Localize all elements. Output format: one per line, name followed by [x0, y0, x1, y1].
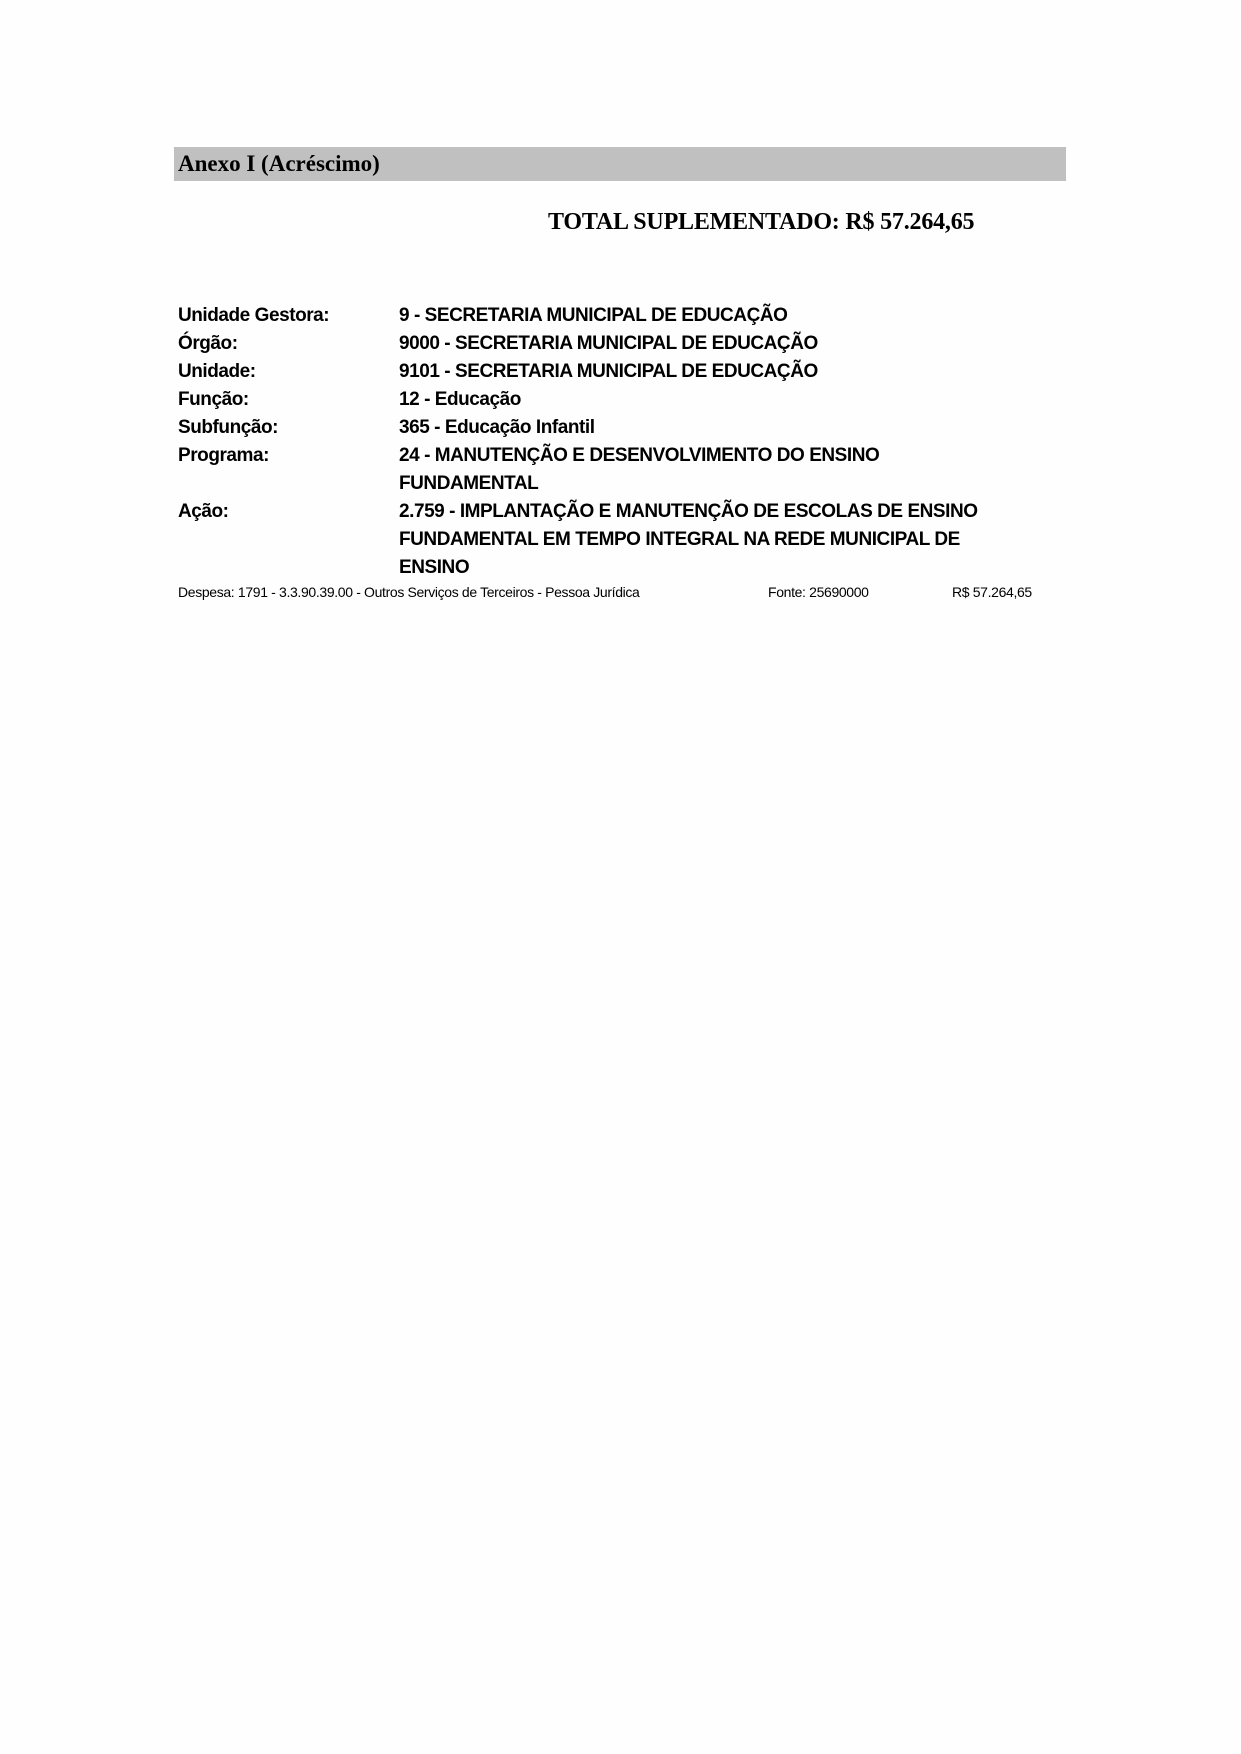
- info-value-line: 9000 - SECRETARIA MUNICIPAL DE EDUCAÇÃO: [399, 330, 1059, 358]
- info-label: Órgão:: [178, 330, 399, 358]
- expense-line: Despesa: 1791 - 3.3.90.39.00 - Outros Se…: [178, 582, 1068, 602]
- annex-title: Anexo I (Acréscimo): [178, 149, 380, 179]
- info-value: 9 - SECRETARIA MUNICIPAL DE EDUCAÇÃO: [399, 302, 1059, 330]
- info-value-line: ENSINO: [399, 554, 1059, 582]
- info-value-line: FUNDAMENTAL EM TEMPO INTEGRAL NA REDE MU…: [399, 526, 1059, 554]
- expense-description: Despesa: 1791 - 3.3.90.39.00 - Outros Se…: [178, 582, 640, 602]
- budget-info-table: Unidade Gestora: 9 - SECRETARIA MUNICIPA…: [178, 302, 1059, 582]
- info-value: 24 - MANUTENÇÃO E DESENVOLVIMENTO DO ENS…: [399, 442, 1059, 498]
- info-label: Subfunção:: [178, 414, 399, 442]
- info-row-subfuncao: Subfunção: 365 - Educação Infantil: [178, 414, 1059, 442]
- info-row-orgao: Órgão: 9000 - SECRETARIA MUNICIPAL DE ED…: [178, 330, 1059, 358]
- expense-amount: R$ 57.264,65: [952, 582, 1032, 602]
- info-label: Unidade:: [178, 358, 399, 386]
- info-value-line: 9 - SECRETARIA MUNICIPAL DE EDUCAÇÃO: [399, 302, 1059, 330]
- document-page: Anexo I (Acréscimo) TOTAL SUPLEMENTADO: …: [0, 0, 1241, 1754]
- info-value-line: 12 - Educação: [399, 386, 1059, 414]
- info-value: 365 - Educação Infantil: [399, 414, 1059, 442]
- info-value-line: 2.759 - IMPLANTAÇÃO E MANUTENÇÃO DE ESCO…: [399, 498, 1059, 526]
- info-value-line: FUNDAMENTAL: [399, 470, 1059, 498]
- info-row-funcao: Função: 12 - Educação: [178, 386, 1059, 414]
- info-row-unidade: Unidade: 9101 - SECRETARIA MUNICIPAL DE …: [178, 358, 1059, 386]
- info-label: Função:: [178, 386, 399, 414]
- info-value: 9101 - SECRETARIA MUNICIPAL DE EDUCAÇÃO: [399, 358, 1059, 386]
- info-value: 2.759 - IMPLANTAÇÃO E MANUTENÇÃO DE ESCO…: [399, 498, 1059, 582]
- info-label: Programa:: [178, 442, 399, 498]
- info-row-unidade-gestora: Unidade Gestora: 9 - SECRETARIA MUNICIPA…: [178, 302, 1059, 330]
- info-row-programa: Programa: 24 - MANUTENÇÃO E DESENVOLVIME…: [178, 442, 1059, 498]
- info-label: Unidade Gestora:: [178, 302, 399, 330]
- info-value: 12 - Educação: [399, 386, 1059, 414]
- info-row-acao: Ação: 2.759 - IMPLANTAÇÃO E MANUTENÇÃO D…: [178, 498, 1059, 582]
- info-value: 9000 - SECRETARIA MUNICIPAL DE EDUCAÇÃO: [399, 330, 1059, 358]
- info-value-line: 24 - MANUTENÇÃO E DESENVOLVIMENTO DO ENS…: [399, 442, 1059, 470]
- info-value-line: 9101 - SECRETARIA MUNICIPAL DE EDUCAÇÃO: [399, 358, 1059, 386]
- info-label: Ação:: [178, 498, 399, 582]
- total-supplemented: TOTAL SUPLEMENTADO: R$ 57.264,65: [548, 206, 1018, 238]
- expense-source: Fonte: 25690000: [768, 582, 869, 602]
- info-value-line: 365 - Educação Infantil: [399, 414, 1059, 442]
